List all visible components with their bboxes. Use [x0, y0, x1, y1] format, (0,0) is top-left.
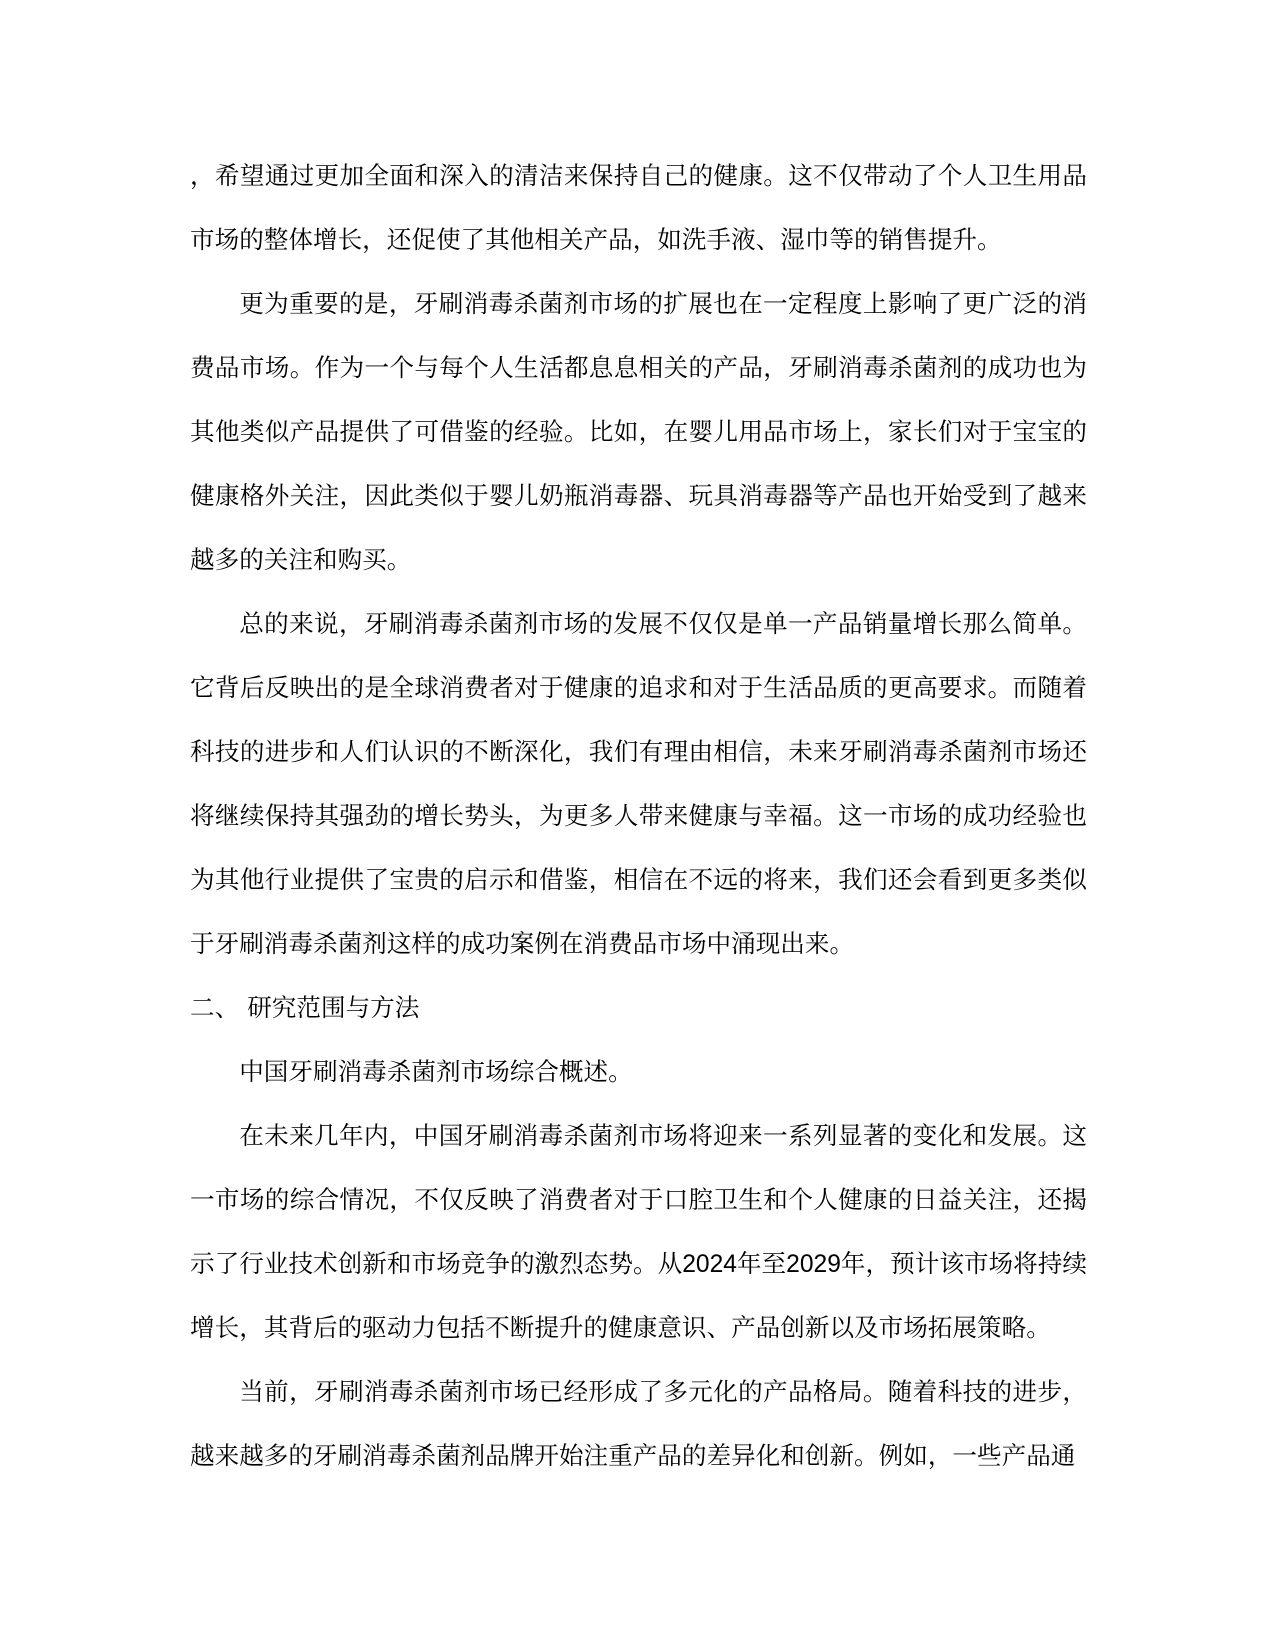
section-heading-title: 研究范围与方法 [247, 995, 419, 1022]
paragraph-market-influence: 更为重要的是，牙刷消毒杀菌剂市场的扩展也在一定程度上影响了更广泛的消费品市场。作… [190, 273, 1087, 593]
paragraph-summary: 总的来说，牙刷消毒杀菌剂市场的发展不仅仅是单一产品销量增长那么简单。它背后反映出… [190, 593, 1087, 977]
paragraph-current-landscape: 当前，牙刷消毒杀菌剂市场已经形成了多元化的产品格局。随着科技的进步，越来越多的牙… [190, 1361, 1087, 1489]
document-page: ，希望通过更加全面和深入的清洁来保持自己的健康。这不仅带动了个人卫生用品市场的整… [0, 0, 1275, 1650]
document-body: ，希望通过更加全面和深入的清洁来保持自己的健康。这不仅带动了个人卫生用品市场的整… [190, 145, 1087, 1489]
paragraph-forecast: 在未来几年内，中国牙刷消毒杀菌剂市场将迎来一系列显著的变化和发展。这一市场的综合… [190, 1105, 1087, 1361]
paragraph-continuation: ，希望通过更加全面和深入的清洁来保持自己的健康。这不仅带动了个人卫生用品市场的整… [190, 145, 1087, 273]
section-heading-number: 二、 [190, 995, 239, 1022]
paragraph-overview-lead: 中国牙刷消毒杀菌剂市场综合概述。 [190, 1041, 1087, 1105]
section-heading: 二、研究范围与方法 [190, 977, 1087, 1041]
